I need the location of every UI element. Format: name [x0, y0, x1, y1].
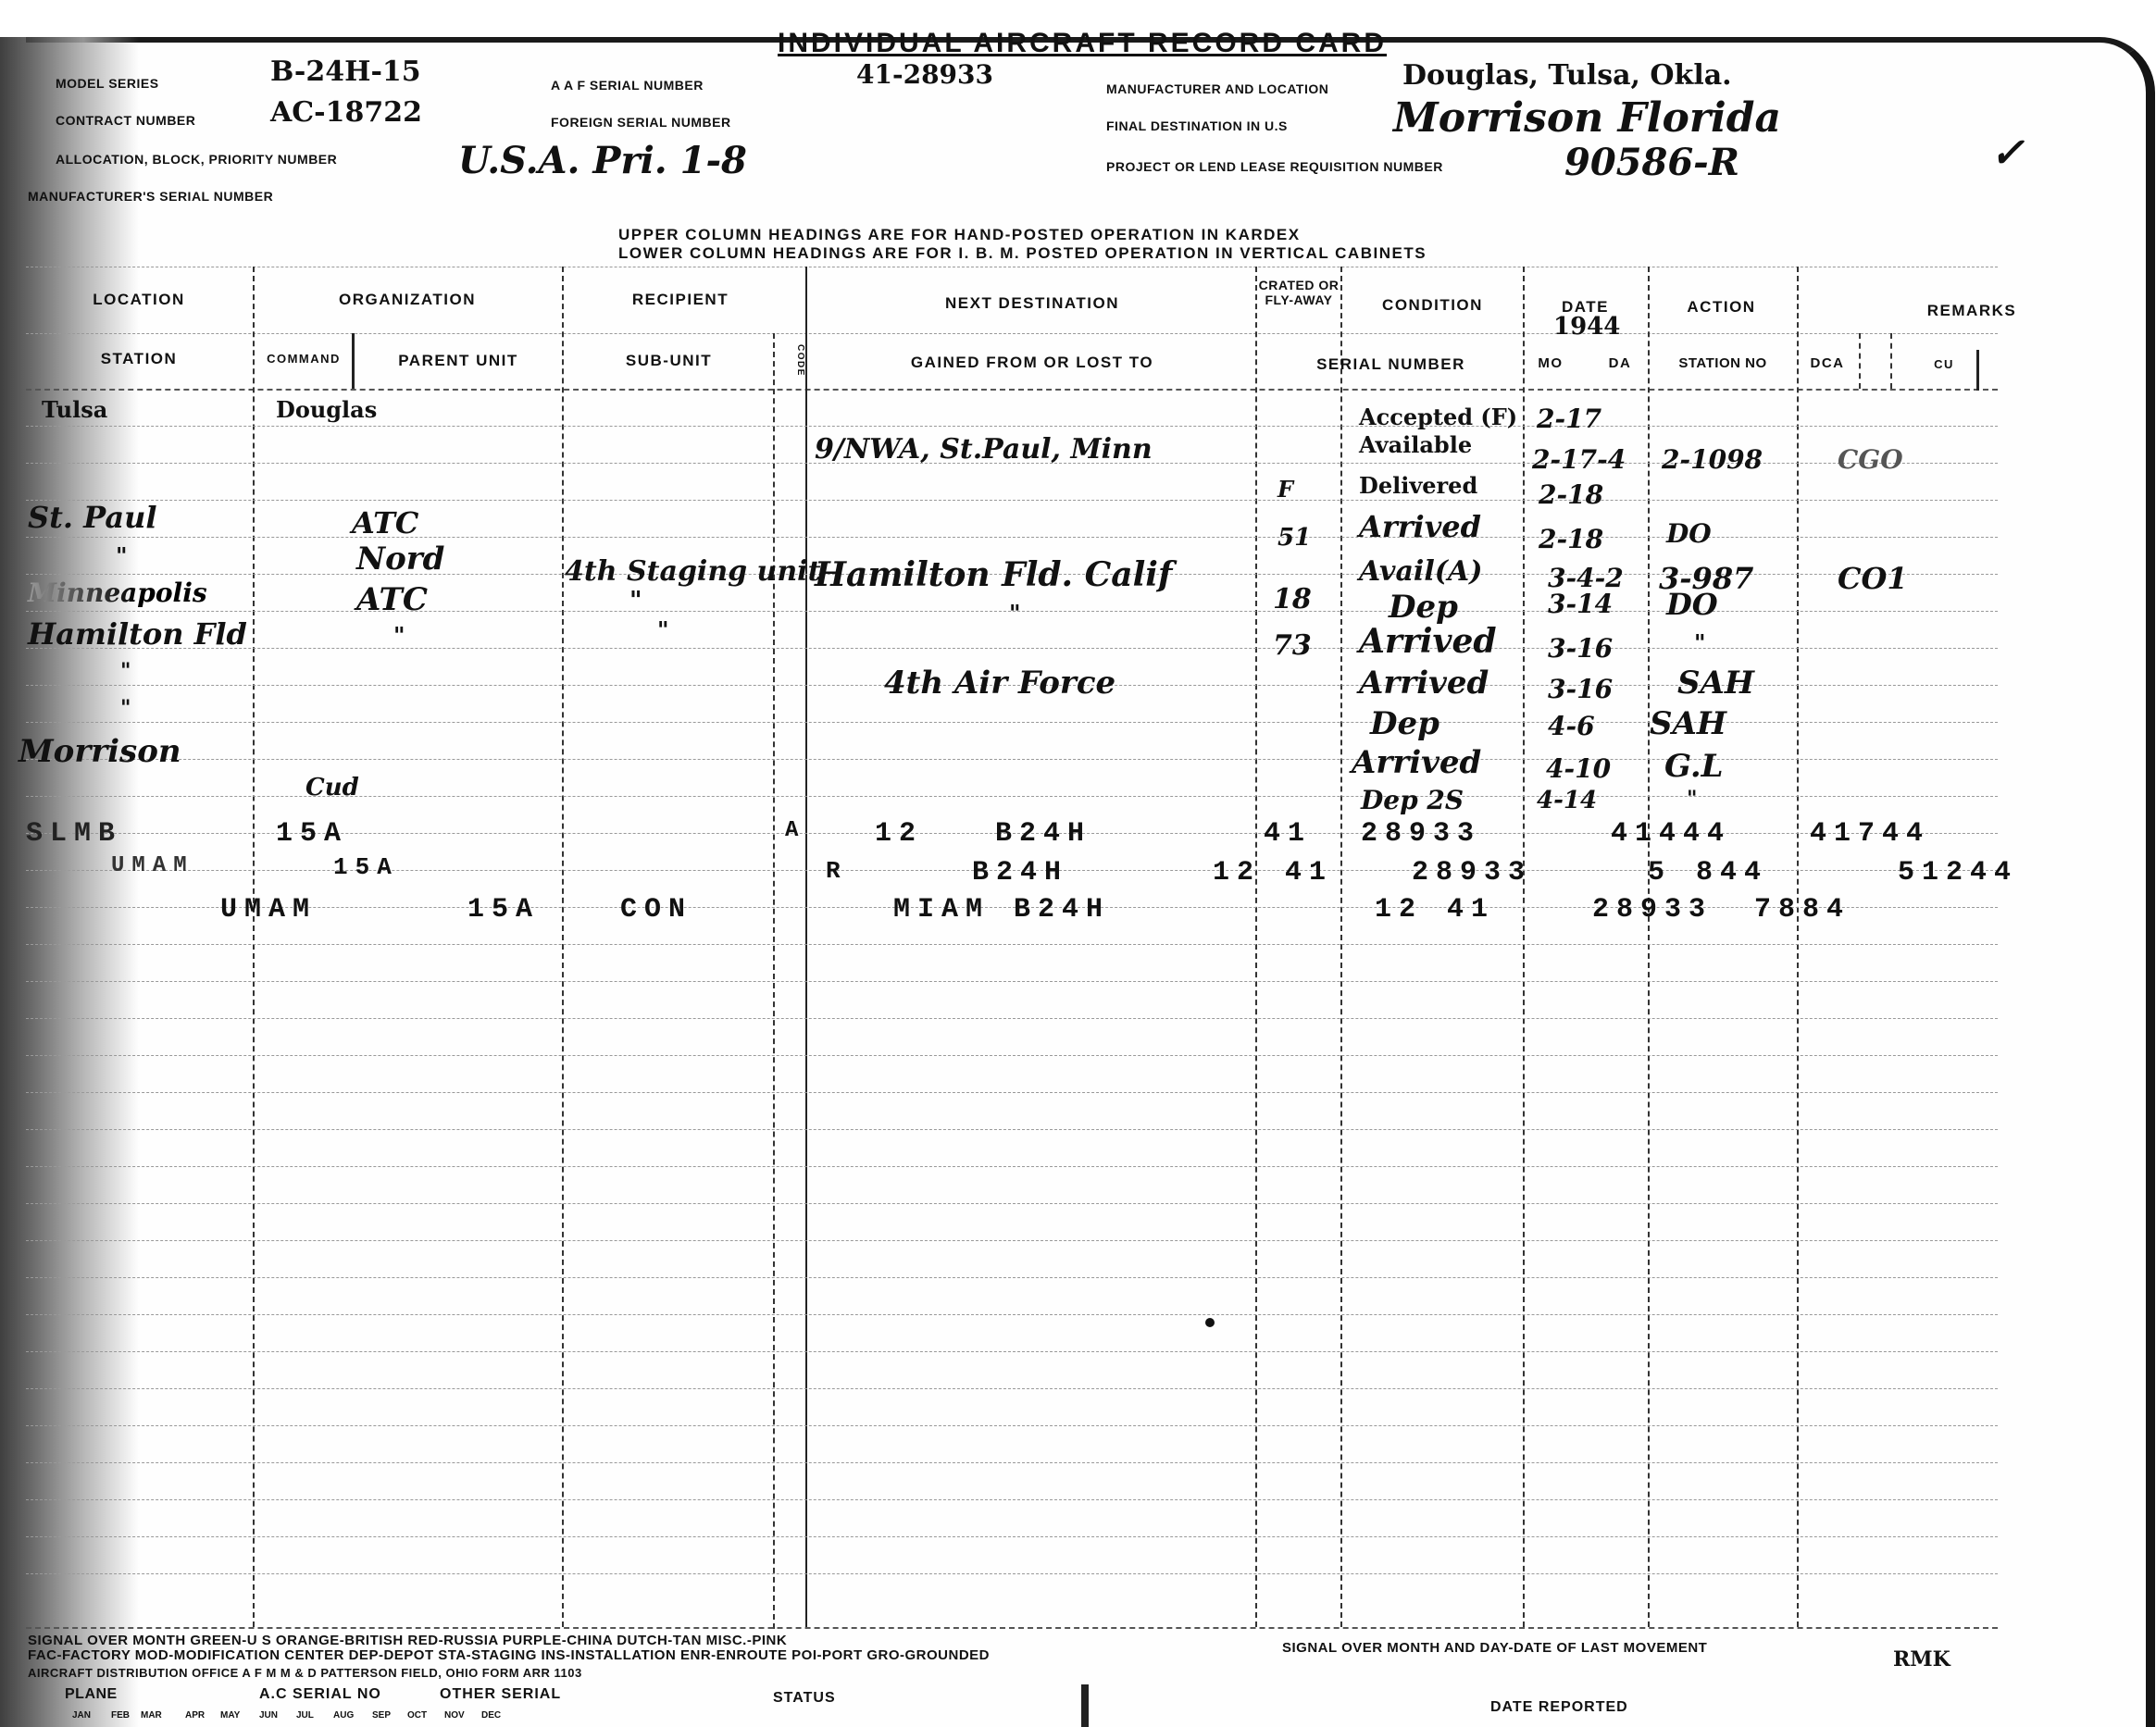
entry-condition: Arrived [1359, 509, 1481, 544]
entry-remarks: CO1 [1838, 561, 1908, 596]
contract-number-label: CONTRACT NUMBER [56, 113, 195, 128]
month-feb: FEB [111, 1710, 130, 1721]
ibm-serial-b: 28933 [1592, 894, 1713, 926]
model-series-value: B-24H-15 [270, 56, 421, 88]
final-destination-value: Morrison Florida [1393, 94, 1781, 142]
entry-remarks: CGO [1838, 444, 1903, 475]
date-year: 1944 [1553, 313, 1620, 341]
manufacturer-label: MANUFACTURER AND LOCATION [1106, 81, 1328, 96]
entry-date: 3-14 [1548, 589, 1613, 619]
header-cu: CU [1921, 357, 1967, 371]
ruled-line [26, 1314, 1998, 1315]
entry-station: St. Paul [28, 500, 157, 535]
footer-date-reported: DATE REPORTED [1490, 1699, 1628, 1716]
ruled-line [26, 1388, 1998, 1389]
month-apr: APR [185, 1710, 205, 1721]
ibm-command: 15A [467, 894, 540, 926]
header-dca: DCA [1800, 355, 1855, 371]
grid-line [26, 267, 1998, 267]
entry-organization: Cud [305, 774, 359, 801]
footer-legend-colors: SIGNAL OVER MONTH GREEN-U S ORANGE-BRITI… [28, 1633, 787, 1648]
month-oct: OCT [407, 1710, 427, 1721]
entry-next-destination: " [1009, 600, 1021, 627]
entry-station: " [120, 696, 131, 720]
ruled-line [26, 1573, 1998, 1574]
ruled-line [26, 1203, 1998, 1204]
project-value: 90586-R [1564, 141, 1739, 184]
allocation-label: ALLOCATION, BLOCK, PRIORITY NUMBER [56, 152, 337, 167]
column-divider [1648, 267, 1650, 1627]
column-divider [253, 267, 255, 1627]
header-gained-lost: GAINED FROM OR LOST TO [815, 354, 1250, 372]
allocation-value: U.S.A. Pri. 1-8 [458, 139, 747, 182]
ibm-gained: MIAM B24H [893, 894, 1110, 926]
column-divider [1255, 267, 1257, 1627]
entry-condition: Available [1359, 431, 1472, 458]
entry-date: 4-10 [1546, 753, 1611, 784]
header-recipient: RECIPIENT [574, 291, 787, 309]
month-jul: JUL [296, 1710, 314, 1721]
entry-recipient: 4th Staging unit [565, 555, 820, 588]
ibm-gained: B24H [972, 857, 1068, 888]
footer-other-serial: OTHER SERIAL [440, 1686, 561, 1703]
entry-crated: 18 [1273, 583, 1312, 615]
ruled-line [26, 1425, 1998, 1426]
month-may: MAY [220, 1710, 240, 1721]
header-da: DA [1601, 355, 1639, 371]
entry-date: 2-17-4 [1532, 444, 1626, 475]
header-parent-unit: PARENT UNIT [361, 352, 555, 370]
ruled-line [26, 1055, 1998, 1056]
entry-station: " [120, 659, 131, 683]
ruled-line [26, 1129, 1998, 1130]
entry-condition: Avail(A) [1359, 555, 1482, 588]
entry-crated: 51 [1277, 524, 1311, 552]
entry-organization: ATC [352, 505, 418, 540]
entry-condition: Dep [1370, 705, 1439, 742]
header-mo: MO [1532, 355, 1569, 371]
entry-date: 4-14 [1537, 787, 1597, 814]
ruled-line [26, 1351, 1998, 1352]
ibm-station: SLMB [26, 818, 122, 850]
entry-station: Tulsa [42, 396, 107, 423]
ruled-line [26, 500, 1998, 501]
entry-recipient: " [629, 587, 642, 615]
header-organization: ORGANIZATION [268, 291, 546, 309]
footer-status: STATUS [773, 1690, 836, 1707]
header-condition: CONDITION [1342, 296, 1523, 315]
month-jun: JUN [259, 1710, 278, 1721]
column-divider [352, 333, 355, 389]
footer-signal-note: SIGNAL OVER MONTH AND DAY-DATE OF LAST M… [1282, 1640, 1707, 1656]
lower-heading-note: LOWER COLUMN HEADINGS ARE FOR I. B. M. P… [618, 244, 1427, 263]
month-aug: AUG [333, 1710, 354, 1721]
ibm-serial-b: 28933 [1361, 818, 1481, 850]
contract-number-value: AC-18722 [270, 96, 422, 129]
ink-dot [1205, 1318, 1215, 1327]
entry-action: SAH [1677, 665, 1754, 702]
entry-date: 2-17 [1537, 404, 1601, 434]
entry-organization: " [393, 622, 405, 649]
mfr-serial-label: MANUFACTURER'S SERIAL NUMBER [28, 189, 273, 204]
grid-line [26, 333, 1998, 334]
upper-heading-note: UPPER COLUMN HEADINGS ARE FOR HAND-POSTE… [618, 226, 1301, 244]
entry-crated: 73 [1273, 629, 1312, 662]
check-mark-icon: ✓ [1990, 130, 2025, 177]
entry-organization: ATC [356, 581, 428, 618]
entry-station: " [116, 542, 128, 569]
ruled-line [26, 1092, 1998, 1093]
ruled-line [26, 1240, 1998, 1241]
header-remarks: REMARKS [1907, 302, 2037, 320]
footer-office: AIRCRAFT DISTRIBUTION OFFICE A F M M & D… [28, 1666, 582, 1680]
entry-organization: Douglas [276, 396, 377, 423]
model-series-label: MODEL SERIES [56, 76, 159, 91]
entry-date: 3-16 [1548, 633, 1613, 664]
entry-date: 3-16 [1548, 674, 1613, 704]
ruled-line [26, 1627, 1998, 1629]
month-jan: JAN [72, 1710, 91, 1721]
column-divider [805, 267, 807, 1627]
ruled-line [26, 981, 1998, 982]
column-divider [1340, 267, 1342, 1627]
header-action: ACTION [1650, 298, 1793, 317]
header-location: LOCATION [74, 291, 204, 309]
ibm-serial-a: 12 41 [1213, 857, 1333, 888]
project-label: PROJECT OR LEND LEASE REQUISITION NUMBER [1106, 159, 1443, 174]
footer-ac-serial: A.C SERIAL NO [259, 1686, 381, 1703]
entry-station: Minneapolis [28, 578, 207, 608]
entry-action: DO [1666, 587, 1718, 622]
entry-next-destination: 4th Air Force [884, 665, 1115, 702]
ibm-station: UMAM [220, 894, 317, 926]
grid-line [26, 389, 1998, 391]
footer-plane: PLANE [65, 1686, 118, 1703]
header-command: COMMAND [257, 352, 350, 366]
ibm-serial-a: 41 [1264, 818, 1312, 850]
entry-condition: Accepted (F) [1359, 404, 1517, 430]
header-station: STATION [74, 350, 204, 368]
ibm-code: A [785, 818, 805, 843]
ruled-line [26, 1277, 1998, 1278]
ruled-line [26, 1166, 1998, 1167]
entry-condition: Arrived [1352, 744, 1481, 781]
footer-rmk: RMK [1893, 1647, 1950, 1671]
column-divider [1859, 333, 1861, 389]
ibm-code: R [826, 857, 848, 885]
ibm-gained: 12 B24H [875, 818, 1091, 850]
entry-action: SAH [1650, 705, 1726, 742]
column-divider [1976, 350, 1979, 391]
ruled-line [26, 1462, 1998, 1463]
entry-organization: Nord [356, 540, 444, 578]
aaf-serial-label: A A F SERIAL NUMBER [551, 78, 704, 93]
card-title: INDIVIDUAL AIRCRAFT RECORD CARD [778, 28, 1387, 59]
entry-action: " [1694, 629, 1706, 656]
entry-condition: Dep 2S [1361, 785, 1464, 815]
entry-date: 2-18 [1539, 479, 1603, 510]
header-station-no: STATION NO [1650, 355, 1796, 371]
entry-crated: F [1277, 476, 1293, 503]
ruled-line [26, 1018, 1998, 1019]
header-sub-unit: SUB-UNIT [569, 352, 768, 370]
ibm-station: UMAM [111, 853, 194, 878]
header-code: CODE [774, 344, 805, 377]
final-destination-label: FINAL DESTINATION IN U.S [1106, 118, 1288, 133]
entry-action: " [1687, 787, 1697, 811]
entry-next-destination: Hamilton Fld. Calif [815, 555, 1172, 594]
ibm-serial-b: 28933 [1412, 857, 1532, 888]
month-mar: MAR [141, 1710, 162, 1721]
ibm-command: 15A [333, 853, 399, 881]
entry-station: Hamilton Fld [28, 616, 247, 652]
ibm-remarks: 51244 [1898, 857, 2018, 888]
entry-recipient: " [657, 616, 669, 643]
entry-next-destination: 9/NWA, St.Paul, Minn [815, 433, 1153, 466]
header-next-destination: NEXT DESTINATION [815, 294, 1250, 313]
ruled-line [26, 426, 1998, 427]
header-serial-number: SERIAL NUMBER [1259, 355, 1523, 374]
entry-condition: Arrived [1359, 622, 1497, 661]
ibm-station-no: 41444 [1611, 818, 1731, 850]
foreign-serial-label: FOREIGN SERIAL NUMBER [551, 115, 731, 130]
footer-legend-codes: FAC-FACTORY MOD-MODIFICATION CENTER DEP-… [28, 1647, 990, 1663]
entry-action: DO [1666, 518, 1712, 549]
ibm-command: 15A [276, 818, 348, 850]
column-divider [1523, 267, 1525, 1627]
column-divider [1797, 267, 1799, 1627]
entry-date: 2-18 [1539, 524, 1603, 554]
status-divider [1081, 1684, 1089, 1727]
manufacturer-value: Douglas, Tulsa, Okla. [1402, 59, 1732, 92]
entry-station: Morrison [19, 733, 181, 770]
ibm-remarks: 41744 [1810, 818, 1930, 850]
ruled-line [26, 1499, 1998, 1500]
entry-action: 2-1098 [1662, 444, 1763, 475]
entry-condition: Delivered [1359, 472, 1477, 499]
header-crated: CRATED OR FLY-AWAY [1257, 278, 1340, 307]
entry-condition: Arrived [1359, 665, 1489, 702]
month-sep: SEP [372, 1710, 391, 1721]
ibm-sub-unit: CON [620, 894, 692, 926]
month-nov: NOV [444, 1710, 465, 1721]
ibm-station-no: 7884 [1754, 894, 1851, 926]
entry-date: 4-6 [1548, 711, 1595, 741]
entry-action: G.L [1664, 748, 1724, 785]
aaf-serial-value: 41-28933 [856, 59, 993, 90]
column-divider [562, 267, 564, 1627]
entry-condition: Dep [1389, 589, 1458, 626]
month-dec: DEC [481, 1710, 501, 1721]
column-divider [1890, 333, 1892, 389]
ruled-line [26, 1536, 1998, 1537]
ibm-serial-a: 12 41 [1375, 894, 1495, 926]
ibm-station-no: 5 844 [1648, 857, 1768, 888]
ruled-line [26, 944, 1998, 945]
